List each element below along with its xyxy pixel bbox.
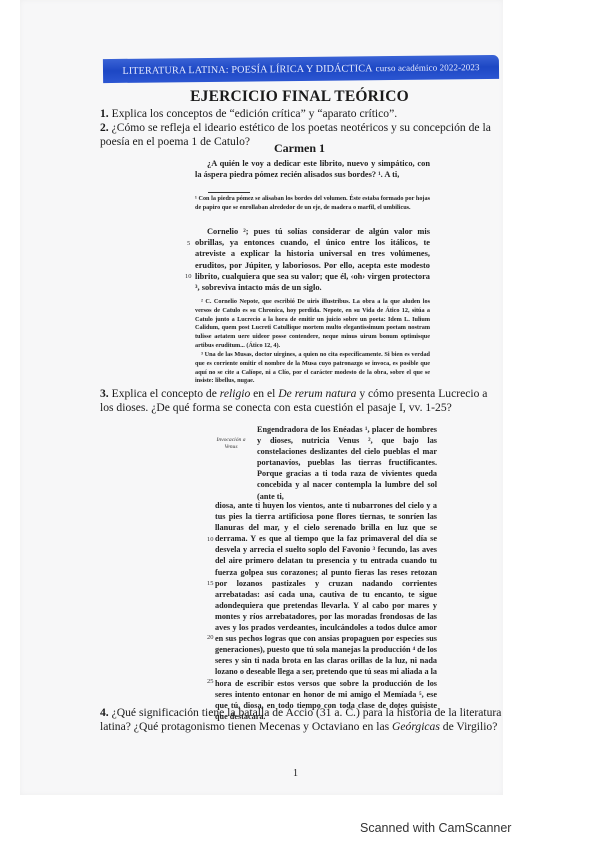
carmen-heading: Carmen 1: [0, 141, 599, 156]
carmen-footnote-1: ¹ Con la piedra pómez se alisaban los bo…: [195, 195, 430, 213]
line-number: 10: [207, 536, 214, 543]
lucretius-body: diosa, ante ti huyen los vientos, ante t…: [215, 500, 437, 722]
question-4: 4. ¿Qué significación tiene la batalla d…: [100, 706, 503, 734]
page-number: 1: [293, 768, 298, 779]
course-banner: LITERATURA LATINA: POESÍA LÍRICA Y DIDÁC…: [103, 55, 499, 83]
academic-year: curso académico 2022-2023: [376, 62, 480, 73]
footnote-rule: [208, 192, 250, 193]
question-3: 3. Explica el concepto de religio en el …: [100, 387, 503, 415]
course-title: LITERATURA LATINA: POESÍA LÍRICA Y DIDÁC…: [122, 63, 372, 77]
line-number: 20: [207, 634, 214, 641]
carmen-footnote-2: ² C. Cornelio Nepote, que escribió De ui…: [195, 298, 430, 351]
lucretius-opening: Engendradora de los Enéadas ¹, placer de…: [215, 424, 437, 502]
carmen-footnote-3: ³ Una de las Musas, doctor uirgines, a q…: [195, 351, 430, 386]
line-number: 15: [207, 580, 214, 587]
line-number: 5: [187, 240, 190, 247]
line-number: 25: [207, 678, 214, 685]
question-1: 1. Explica los conceptos de “edición crí…: [100, 107, 503, 121]
line-number: 10: [185, 273, 192, 280]
carmen-opening: ¿A quién le voy a dedicar este librito, …: [195, 158, 430, 180]
carmen-body: Cornelio ²; pues tú solías considerar de…: [195, 226, 430, 293]
page-title: EJERCICIO FINAL TEÓRICO: [0, 88, 599, 106]
camscanner-watermark: Scanned with CamScanner: [360, 821, 511, 835]
